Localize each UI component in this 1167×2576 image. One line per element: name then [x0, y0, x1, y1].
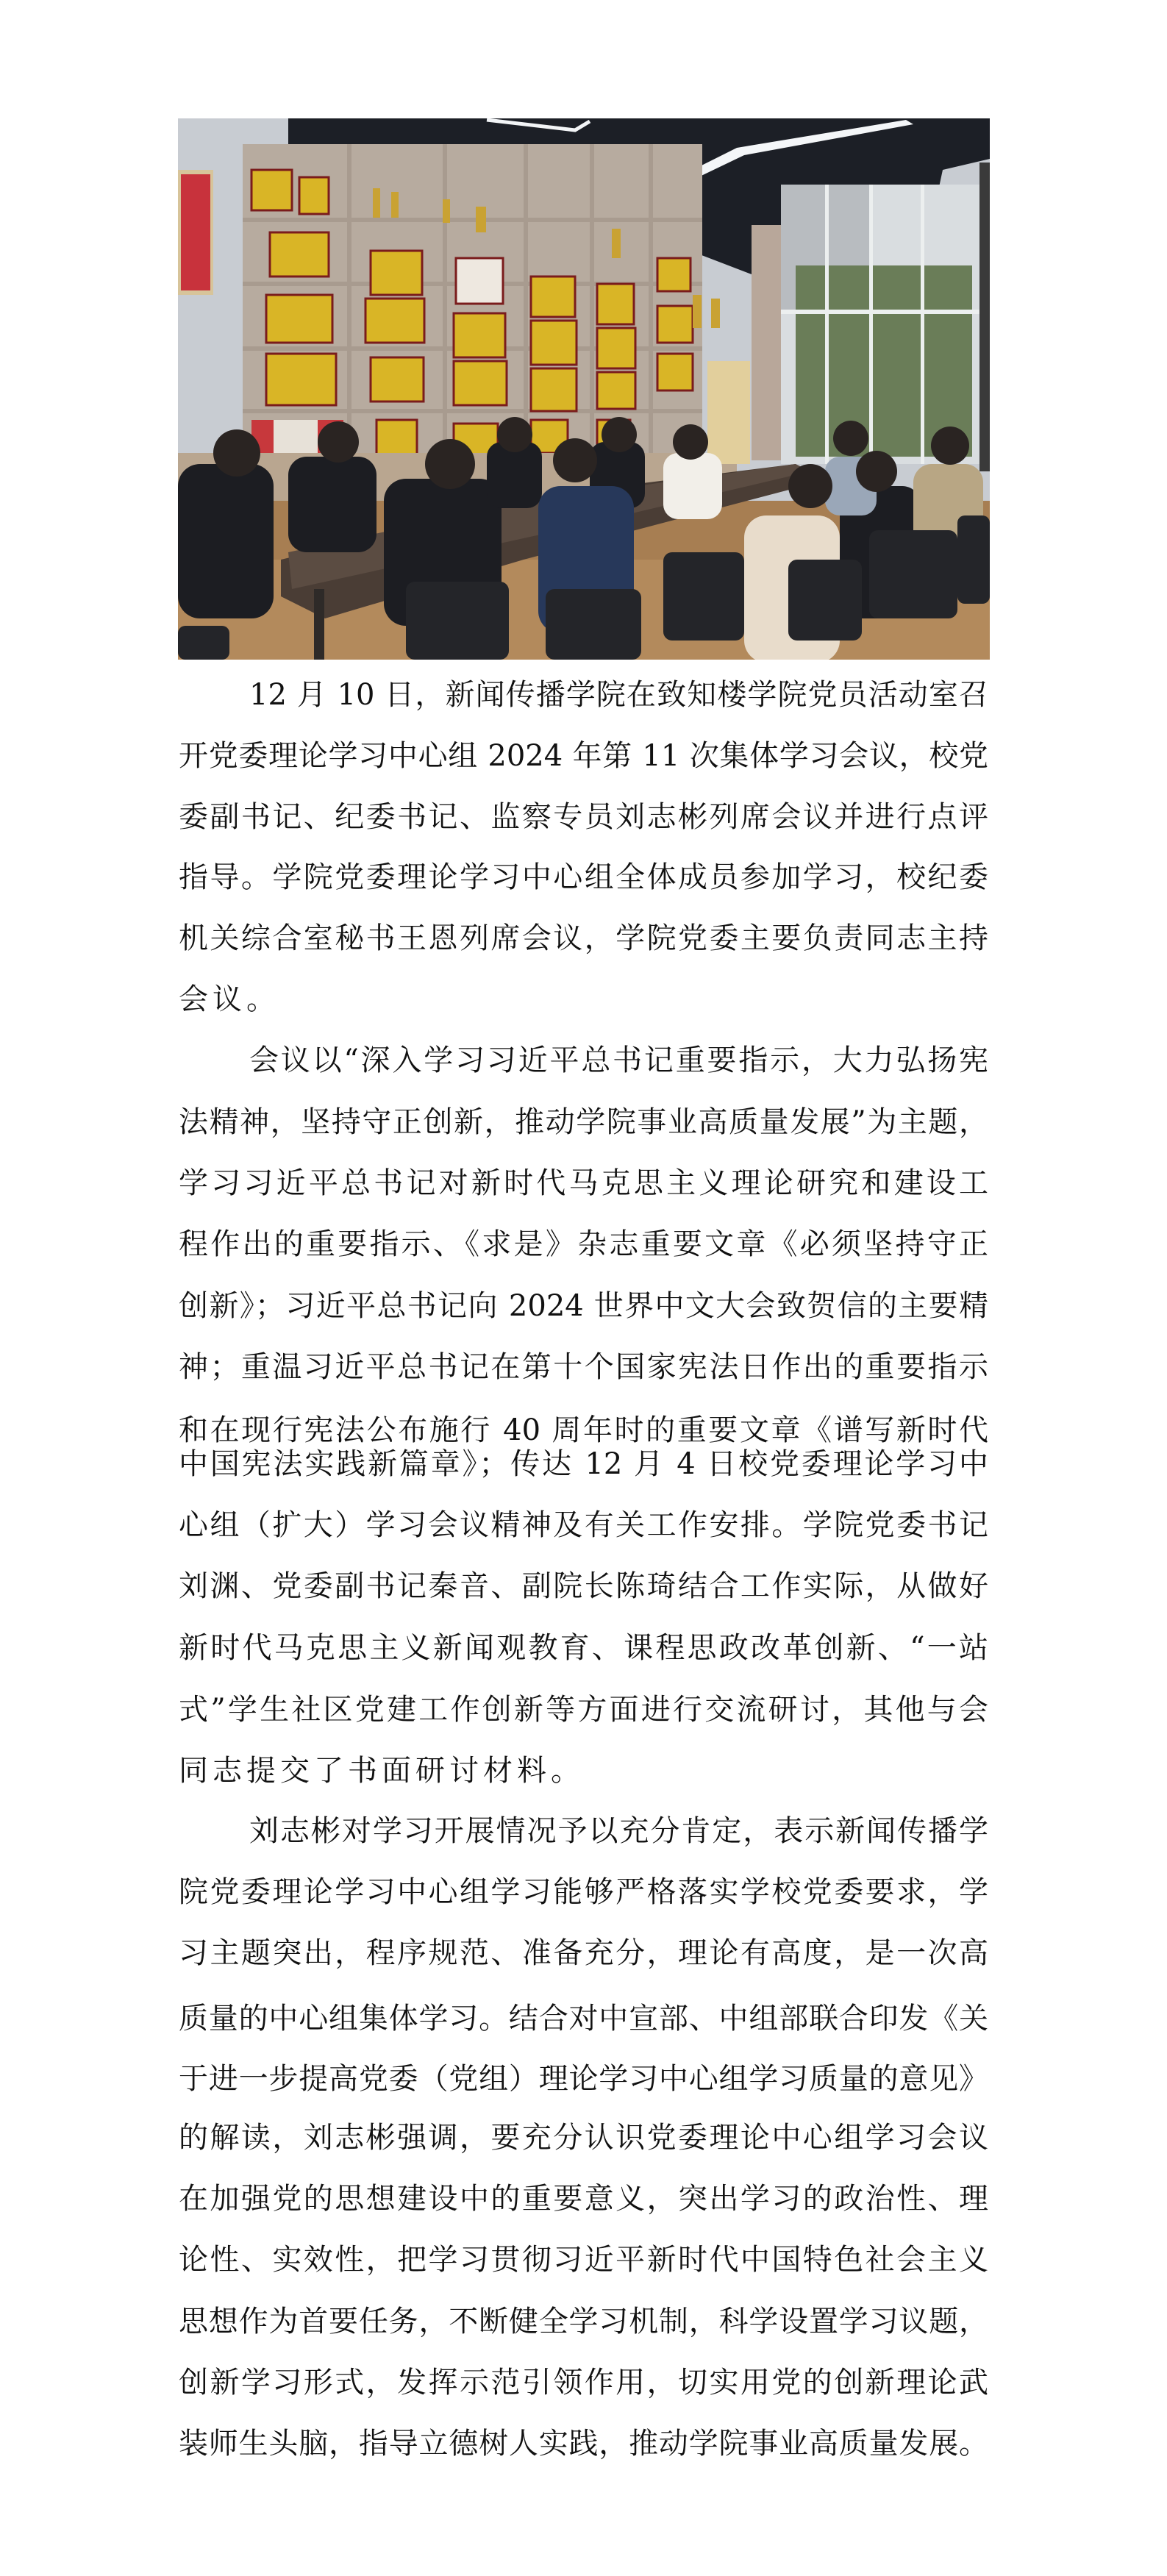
text-line: 新时代马克思主义新闻观教育、课程思政改革创新、“一站 — [179, 1630, 988, 1666]
meeting-photo — [178, 118, 990, 660]
text-line: 创新学习形式，发挥示范引领作用，切实用党的创新理论武 — [179, 2365, 988, 2400]
text-line: 会议。 — [179, 982, 988, 1017]
text-line: 刘志彬对学习开展情况予以充分肯定，表示新闻传播学 — [249, 1813, 988, 1849]
text-line: 论性、实效性，把学习贯彻习近平新时代中国特色社会主义 — [179, 2242, 988, 2277]
text-line: 和在现行宪法公布施行 40 周年时的重要文章《谱写新时代 — [179, 1413, 988, 1448]
text-line: 在加强党的思想建设中的重要意义，突出学习的政治性、理 — [179, 2181, 988, 2216]
text-line: 装师生头脑，指导立德树人实践，推动学院事业高质量发展。 — [179, 2426, 988, 2461]
text-line: 思想作为首要任务，不断健全学习机制，科学设置学习议题， — [179, 2304, 988, 2339]
text-line: 法精神，坚持守正创新，推动学院事业高质量发展”为主题， — [179, 1105, 988, 1140]
meeting-photo-illustration — [178, 118, 990, 660]
text-line: 学习习近平总书记对新时代马克思主义理论研究和建设工 — [179, 1166, 988, 1201]
text-line: 中国宪法实践新篇章》；传达 12 月 4 日校党委理论学习中 — [179, 1446, 988, 1482]
text-line: 创新》；习近平总书记向 2024 世界中文大会致贺信的主要精 — [179, 1288, 988, 1324]
text-line: 心组（扩大）学习会议精神及有关工作安排。学院党委书记 — [179, 1508, 988, 1543]
text-line: 开党委理论学习中心组 2024 年第 11 次集体学习会议，校党 — [179, 738, 988, 774]
text-line: 神；重温习近平总书记在第十个国家宪法日作出的重要指示 — [179, 1349, 988, 1385]
text-line: 12 月 10 日，新闻传播学院在致知楼学院党员活动室召 — [249, 677, 988, 713]
text-line: 指导。学院党委理论学习中心组全体成员参加学习，校纪委 — [179, 860, 988, 895]
text-line: 会议以“深入学习习近平总书记重要指示，大力弘扬宪 — [249, 1043, 988, 1078]
text-line: 质量的中心组集体学习。结合对中宣部、中组部联合印发《关 — [179, 2001, 988, 2036]
text-line: 式”学生社区党建工作创新等方面进行交流研讨，其他与会 — [179, 1692, 988, 1727]
text-line: 同志提交了书面研讨材料。 — [179, 1753, 988, 1788]
text-line: 程作出的重要指示、《求是》杂志重要文章《必须坚持守正 — [179, 1227, 988, 1262]
text-line: 院党委理论学习中心组学习能够严格落实学校党委要求，学 — [179, 1874, 988, 1910]
text-line: 委副书记、纪委书记、监察专员刘志彬列席会议并进行点评 — [179, 799, 988, 835]
text-line: 刘渊、党委副书记秦音、副院长陈琦结合工作实际，从做好 — [179, 1569, 988, 1604]
text-line: 于进一步提高党委（党组）理论学习中心组学习质量的意见》 — [179, 2061, 988, 2097]
text-line: 的解读，刘志彬强调，要充分认识党委理论中心组学习会议 — [179, 2120, 988, 2155]
text-line: 机关综合室秘书王恩列席会议，学院党委主要负责同志主持 — [179, 921, 988, 956]
text-line: 习主题突出，程序规范、准备充分，理论有高度，是一次高 — [179, 1935, 988, 1971]
